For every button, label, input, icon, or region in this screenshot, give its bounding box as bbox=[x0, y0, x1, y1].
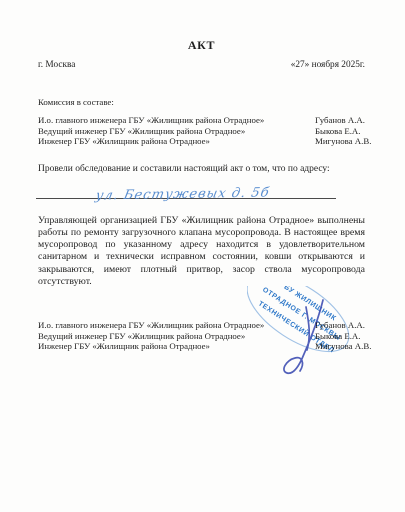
signatory-position: Инженер ГБУ «Жилищник района Отрадное» bbox=[38, 341, 210, 351]
signatory-position: И.о. главного инженера ГБУ «Жилищник рай… bbox=[38, 320, 264, 330]
handwritten-address: ул. Бестужевых д. 5б bbox=[94, 185, 271, 203]
signature-row: Инженер ГБУ «Жилищник района Отрадное» М… bbox=[38, 341, 365, 352]
commission-list: И.о. главного инженера ГБУ «Жилищник рай… bbox=[38, 115, 365, 147]
commission-name: Губанов А.А. bbox=[315, 115, 365, 126]
date-label: «27» ноября 2025г. bbox=[291, 60, 365, 70]
city-label: г. Москва bbox=[38, 60, 75, 70]
document-page: АКТ г. Москва «27» ноября 2025г. Комисси… bbox=[0, 0, 405, 512]
meta-row: г. Москва «27» ноября 2025г. bbox=[38, 60, 365, 70]
commission-name: Быкова Е.А. bbox=[315, 126, 360, 137]
commission-name: Мигунова А.В. bbox=[315, 136, 371, 147]
signatory-name: Мигунова А.В. bbox=[315, 341, 371, 352]
commission-heading: Комиссия в составе: bbox=[38, 97, 365, 107]
signature-row: И.о. главного инженера ГБУ «Жилищник рай… bbox=[38, 320, 365, 331]
commission-position: Ведущий инженер ГБУ «Жилищник района Отр… bbox=[38, 126, 245, 136]
commission-row: Инженер ГБУ «Жилищник района Отрадное» М… bbox=[38, 136, 365, 147]
signatory-name: Быкова Е.А. bbox=[315, 331, 360, 342]
address-blank-line: ул. Бестужевых д. 5б bbox=[36, 177, 336, 199]
body-paragraph: Управляющей организацией ГБУ «Жилищник р… bbox=[38, 215, 365, 288]
commission-position: Инженер ГБУ «Жилищник района Отрадное» bbox=[38, 136, 210, 146]
commission-row: И.о. главного инженера ГБУ «Жилищник рай… bbox=[38, 115, 365, 126]
commission-position: И.о. главного инженера ГБУ «Жилищник рай… bbox=[38, 115, 264, 125]
document-title: АКТ bbox=[38, 38, 365, 53]
commission-row: Ведущий инженер ГБУ «Жилищник района Отр… bbox=[38, 126, 365, 137]
signature-list: И.о. главного инженера ГБУ «Жилищник рай… bbox=[38, 320, 365, 352]
signatory-name: Губанов А.А. bbox=[315, 320, 365, 331]
signature-row: Ведущий инженер ГБУ «Жилищник района Отр… bbox=[38, 331, 365, 342]
signatory-position: Ведущий инженер ГБУ «Жилищник района Отр… bbox=[38, 331, 245, 341]
survey-statement: Провели обследование и составили настоящ… bbox=[38, 164, 365, 174]
